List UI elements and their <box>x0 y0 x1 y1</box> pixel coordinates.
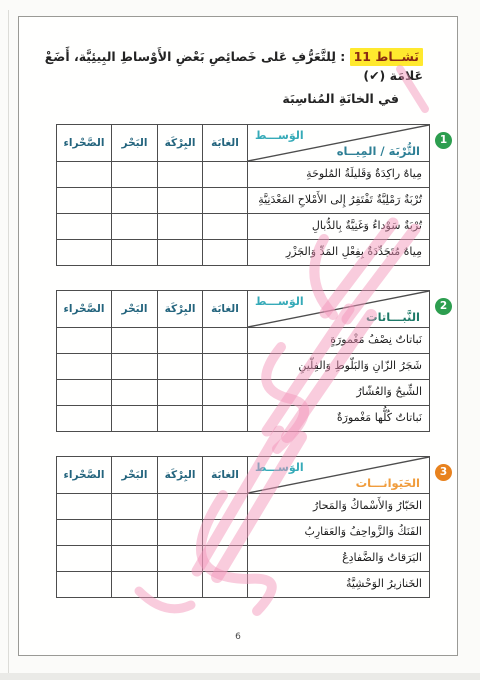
table-row: نَباتاتٌ نِصْفُ مَغْمورَةٍ <box>57 327 430 353</box>
answer-cell[interactable] <box>158 161 203 187</box>
colon: : <box>336 49 350 64</box>
row-label: الفَنَكُ وَالزَّواحِفُ وَالعَقارِبُ <box>248 519 430 545</box>
answer-cell[interactable] <box>158 353 203 379</box>
answer-cell[interactable] <box>112 327 158 353</box>
row-label: الخَنازيرُ الوَحْشِيَّةُ <box>248 571 430 597</box>
habitat-table-1: الوَســـط التُّرْبَة / المِيــاه الغابَة… <box>56 124 430 266</box>
row-label: مِياهٌ مُتَجَدِّدَةٌ بِفِعْلِ المَدِّ وَ… <box>248 239 430 265</box>
checkmark-sample: (✔) <box>363 68 385 83</box>
answer-cell[interactable] <box>158 571 203 597</box>
answer-cell[interactable] <box>158 379 203 405</box>
row-label: الشِّيحُ وَالعُشّارُ <box>248 379 430 405</box>
answer-cell[interactable] <box>112 213 158 239</box>
animals-table-3: الوَســـط الحَيَوانـــات الغابَة البِرْك… <box>56 456 430 598</box>
answer-cell[interactable] <box>112 379 158 405</box>
answer-cell[interactable] <box>203 239 248 265</box>
answer-cell[interactable] <box>112 187 158 213</box>
column-header-forest: الغابَة <box>203 290 248 327</box>
page-frame: نَشــاط 11 : لِلتَّعَرُّفِ عَلى خَصائِصِ… <box>18 16 458 656</box>
instruction-line-2: في الخانَةِ المُناسِبَة <box>19 86 457 106</box>
answer-cell[interactable] <box>57 187 112 213</box>
table-3-category-label: الحَيَوانـــات <box>356 476 420 490</box>
answer-cell[interactable] <box>112 405 158 431</box>
answer-cell[interactable] <box>158 519 203 545</box>
table-row: مِياهٌ مُتَجَدِّدَةٌ بِفِعْلِ المَدِّ وَ… <box>57 239 430 265</box>
answer-cell[interactable] <box>57 353 112 379</box>
plants-table-2: الوَســـط النَّبـــاتات الغابَة البِرْكَ… <box>56 290 430 432</box>
column-header-pond: البِرْكَة <box>158 124 203 161</box>
answer-cell[interactable] <box>203 405 248 431</box>
row-label: تُرْبَةٌ رَمْلِيَّةٌ تَفْتَقِرُ إِلى الأ… <box>248 187 430 213</box>
row-label: نَباتاتٌ نِصْفُ مَغْمورَةٍ <box>248 327 430 353</box>
answer-cell[interactable] <box>203 519 248 545</box>
answer-cell[interactable] <box>158 187 203 213</box>
answer-cell[interactable] <box>158 327 203 353</box>
answer-cell[interactable] <box>57 161 112 187</box>
animals-table-3-block: 3 الوَســـط الحَيَوانـــات الغابَة البِر… <box>56 456 427 598</box>
column-header-sea: البَحْر <box>112 456 158 493</box>
table-3-corner-cell: الوَســـط الحَيَوانـــات <box>248 456 430 493</box>
column-header-desert: الصَّحْراء <box>57 290 112 327</box>
table-row: الشِّيحُ وَالعُشّارُ <box>57 379 430 405</box>
answer-cell[interactable] <box>203 545 248 571</box>
answer-cell[interactable] <box>203 187 248 213</box>
answer-cell[interactable] <box>57 239 112 265</box>
page-number: 6 <box>19 632 457 642</box>
answer-cell[interactable] <box>112 571 158 597</box>
plants-table-2-block: 2 الوَســـط النَّبـــاتات الغابَة البِرْ… <box>56 290 427 432</box>
table-row: تُرْبَةٌ رَمْلِيَّةٌ تَفْتَقِرُ إِلى الأ… <box>57 187 430 213</box>
answer-cell[interactable] <box>57 379 112 405</box>
table-row: مِياهٌ راكِدَةٌ وَقَليلَةُ المُلوحَةِ <box>57 161 430 187</box>
table-row: اليَرَقاتُ وَالضَّفادِعُ <box>57 545 430 571</box>
column-header-sea: البَحْر <box>112 124 158 161</box>
answer-cell[interactable] <box>57 493 112 519</box>
column-header-pond: البِرْكَة <box>158 456 203 493</box>
answer-cell[interactable] <box>203 379 248 405</box>
answer-cell[interactable] <box>57 571 112 597</box>
answer-cell[interactable] <box>112 353 158 379</box>
answer-cell[interactable] <box>112 519 158 545</box>
answer-cell[interactable] <box>158 239 203 265</box>
answer-cell[interactable] <box>158 405 203 431</box>
column-header-pond: البِرْكَة <box>158 290 203 327</box>
answer-cell[interactable] <box>158 545 203 571</box>
answer-cell[interactable] <box>57 213 112 239</box>
table-2-number-badge: 2 <box>435 298 452 315</box>
corner-medium-label: الوَســـط <box>255 129 304 142</box>
activity-label: نَشــاط 11 <box>350 48 423 66</box>
column-header-sea: البَحْر <box>112 290 158 327</box>
answer-cell[interactable] <box>158 493 203 519</box>
table-1-category-label: التُّرْبَة / المِيــاه <box>337 144 420 158</box>
column-header-desert: الصَّحْراء <box>57 456 112 493</box>
table-row: الخَنازيرُ الوَحْشِيَّةُ <box>57 571 430 597</box>
row-label: الحَبّارُ وَالأَسْماكُ وَالمَحارُ <box>248 493 430 519</box>
instruction-line-1: نَشــاط 11 : لِلتَّعَرُّفِ عَلى خَصائِصِ… <box>19 47 457 86</box>
answer-cell[interactable] <box>203 213 248 239</box>
column-header-desert: الصَّحْراء <box>57 124 112 161</box>
row-label: تُرْبَةٌ سَوْداءُ وَغَنِيَّةٌ بِالدُّبال… <box>248 213 430 239</box>
answer-cell[interactable] <box>112 545 158 571</box>
corner-medium-label: الوَســـط <box>255 295 304 308</box>
habitat-table-1-block: 1 الوَســـط التُّرْبَة / المِيــاه الغاب… <box>56 124 427 266</box>
row-label: اليَرَقاتُ وَالضَّفادِعُ <box>248 545 430 571</box>
scan-edge-shadow <box>8 10 9 674</box>
row-label: شَجَرُ الزّانِ وَالبَلّوطِ وَالفِلّينِ <box>248 353 430 379</box>
table-row: الحَبّارُ وَالأَسْماكُ وَالمَحارُ <box>57 493 430 519</box>
scanned-worksheet: { "page": { "number": "6" }, "header": {… <box>0 0 480 680</box>
table-row: شَجَرُ الزّانِ وَالبَلّوطِ وَالفِلّينِ <box>57 353 430 379</box>
answer-cell[interactable] <box>203 571 248 597</box>
answer-cell[interactable] <box>203 327 248 353</box>
table-row: الفَنَكُ وَالزَّواحِفُ وَالعَقارِبُ <box>57 519 430 545</box>
table-row: نَباتاتٌ كُلُّها مَغْمورَةٌ <box>57 405 430 431</box>
table-3-number-badge: 3 <box>435 464 452 481</box>
answer-cell[interactable] <box>112 239 158 265</box>
table-2-category-label: النَّبـــاتات <box>366 310 420 324</box>
corner-medium-label: الوَســـط <box>255 461 304 474</box>
row-label: مِياهٌ راكِدَةٌ وَقَليلَةُ المُلوحَةِ <box>248 161 430 187</box>
answer-cell[interactable] <box>112 161 158 187</box>
answer-cell[interactable] <box>57 519 112 545</box>
scan-bottom-shadow <box>0 673 480 680</box>
answer-cell[interactable] <box>57 327 112 353</box>
answer-cell[interactable] <box>57 545 112 571</box>
table-1-corner-cell: الوَســـط التُّرْبَة / المِيــاه <box>248 124 430 161</box>
answer-cell[interactable] <box>203 493 248 519</box>
activity-header: نَشــاط 11 : لِلتَّعَرُّفِ عَلى خَصائِصِ… <box>19 17 457 106</box>
row-label: نَباتاتٌ كُلُّها مَغْمورَةٌ <box>248 405 430 431</box>
answer-cell[interactable] <box>57 405 112 431</box>
table-1-number-badge: 1 <box>435 132 452 149</box>
answer-cell[interactable] <box>203 161 248 187</box>
table-row: تُرْبَةٌ سَوْداءُ وَغَنِيَّةٌ بِالدُّبال… <box>57 213 430 239</box>
table-2-corner-cell: الوَســـط النَّبـــاتات <box>248 290 430 327</box>
column-header-forest: الغابَة <box>203 456 248 493</box>
column-header-forest: الغابَة <box>203 124 248 161</box>
answer-cell[interactable] <box>112 493 158 519</box>
answer-cell[interactable] <box>158 213 203 239</box>
answer-cell[interactable] <box>203 353 248 379</box>
